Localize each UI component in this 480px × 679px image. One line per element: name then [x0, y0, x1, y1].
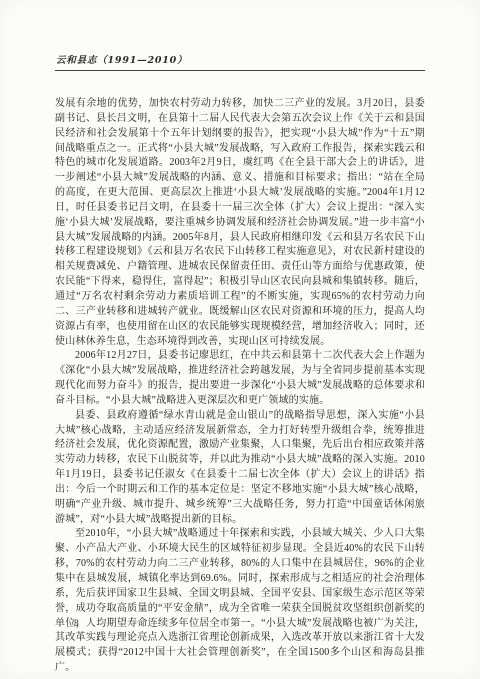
- body-paragraph: 发展有余地的优势，加快农村劳动力转移，加快二三产业的发展。3月20日，县委副书记…: [55, 97, 425, 349]
- body-paragraph: 县委、县政府遵循“绿水青山就是金山银山”的战略指导思想，深入实施“小县大城”核心…: [55, 409, 425, 528]
- body-paragraph: 2006年12月27日，县委书记廖思红，在中共云和县第十二次代表大会上作题为《深…: [55, 349, 425, 408]
- body-text: 发展有余地的优势，加快农村劳动力转移，加快二三产业的发展。3月20日，县委副书记…: [55, 97, 425, 676]
- body-paragraph: 至2010年，“小县大城”战略通过十年探索和实践，小县域大城关、少人口大集聚、小…: [55, 527, 425, 675]
- page-number: 8: [74, 619, 79, 629]
- header-rule: [55, 70, 425, 71]
- running-header: 云和县志（1991—2010）: [56, 52, 187, 66]
- book-page: 云和县志（1991—2010） 发展有余地的优势，加快农村劳动力转移，加快二三产…: [0, 0, 480, 679]
